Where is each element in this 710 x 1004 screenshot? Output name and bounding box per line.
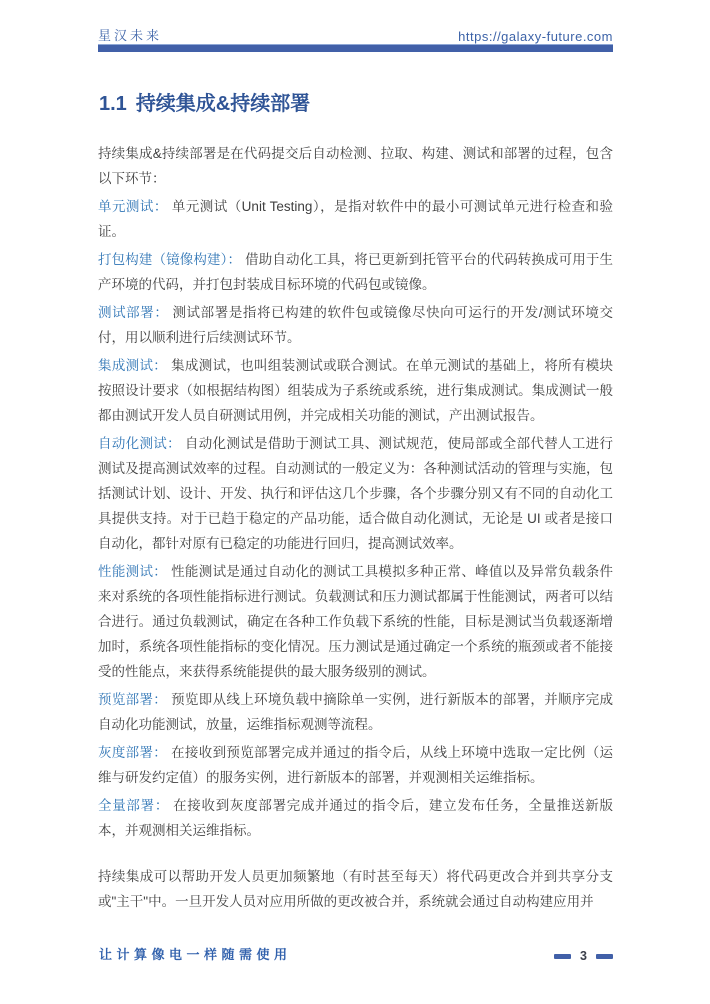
paragraph-term: 测试部署： (98, 305, 172, 320)
footer-slogan: 让计算像电一样随需使用 (99, 944, 292, 963)
paragraph-term: 预览部署： (98, 692, 171, 707)
paragraph-term: 集成测试： (98, 358, 171, 373)
paragraph-test-deploy: 测试部署：测试部署是指将已构建的软件包或镜像尽快向可运行的开发/测试环境交付，用… (98, 300, 613, 350)
paragraph-text: 单元测试（Unit Testing），是指对软件中的最小可测试单元进行检查和验证… (98, 199, 613, 239)
section-number: 1.1 (99, 93, 127, 115)
paragraph-automated-testing: 自动化测试：自动化测试是借助于测试工具、测试规范，使局部或全部代替人工进行测试及… (98, 431, 613, 556)
page-number: 3 (580, 950, 587, 963)
page-number-dash-right-icon (596, 954, 613, 959)
paragraph-term: 全量部署： (98, 798, 173, 813)
paragraph-text: 持续集成&持续部署是在代码提交后自动检测、拉取、构建、测试和部署的过程，包含以下… (98, 146, 613, 186)
paragraph-integration-testing: 集成测试：集成测试，也叫组装测试或联合测试。在单元测试的基础上，将所有模块按照设… (98, 353, 613, 428)
paragraph-text: 集成测试，也叫组装测试或联合测试。在单元测试的基础上，将所有模块按照设计要求（如… (98, 358, 613, 423)
section-title: 持续集成&持续部署 (136, 93, 310, 115)
paragraph-text: 预览即从线上环境负载中摘除单一实例，进行新版本的部署，并顺序完成自动化功能测试，… (98, 692, 613, 732)
paragraph-text: 自动化测试是借助于测试工具、测试规范，使局部或全部代替人工进行测试及提高测试效率… (98, 436, 613, 551)
header-accent-bar (98, 44, 613, 52)
paragraph-term: 打包构建（镜像构建）： (98, 252, 245, 267)
paragraph-intro: 持续集成&持续部署是在代码提交后自动检测、拉取、构建、测试和部署的过程，包含以下… (98, 141, 613, 191)
paragraph-ci-summary: 持续集成可以帮助开发人员更加频繁地（有时甚至每天）将代码更改合并到共享分支或"主… (98, 864, 613, 914)
paragraph-performance-testing: 性能测试：性能测试是通过自动化的测试工具模拟多种正常、峰值以及异常负载条件来对系… (98, 559, 613, 684)
page-number-dash-left-icon (554, 954, 571, 959)
paragraph-text: 在接收到灰度部署完成并通过的指令后，建立发布任务，全量推送新版本，并观测相关运维… (98, 798, 613, 838)
paragraph-text: 性能测试是通过自动化的测试工具模拟多种正常、峰值以及异常负载条件来对系统的各项性… (98, 564, 613, 679)
paragraph-text: 持续集成可以帮助开发人员更加频繁地（有时甚至每天）将代码更改合并到共享分支或"主… (98, 869, 613, 909)
footer-page-number: 3 (554, 950, 613, 963)
brand-name: 星汉未来 (98, 25, 162, 44)
paragraph-text: 在接收到预览部署完成并通过的指令后，从线上环境中选取一定比例（运维与研发约定值）… (98, 745, 613, 785)
paragraph-gray-deploy: 灰度部署：在接收到预览部署完成并通过的指令后，从线上环境中选取一定比例（运维与研… (98, 740, 613, 790)
paragraph-full-deploy: 全量部署：在接收到灰度部署完成并通过的指令后，建立发布任务，全量推送新版本，并观… (98, 793, 613, 843)
paragraph-term: 性能测试： (98, 564, 171, 579)
paragraph-term: 单元测试： (98, 199, 172, 214)
paragraph-build-packaging: 打包构建（镜像构建）：借助自动化工具，将已更新到托管平台的代码转换成可用于生产环… (98, 247, 613, 297)
paragraph-text: 测试部署是指将已构建的软件包或镜像尽快向可运行的开发/测试环境交付，用以顺利进行… (98, 305, 613, 345)
paragraph-term: 自动化测试： (98, 436, 185, 451)
document-page: 星汉未来 https://galaxy-future.com 1.1持续集成&持… (0, 0, 710, 1004)
paragraph-term: 灰度部署： (98, 745, 171, 760)
header-url-link[interactable]: https://galaxy-future.com (458, 29, 613, 44)
paragraph-unit-testing: 单元测试：单元测试（Unit Testing），是指对软件中的最小可测试单元进行… (98, 194, 613, 244)
page-header: 星汉未来 https://galaxy-future.com (98, 25, 613, 44)
body-content: 持续集成&持续部署是在代码提交后自动检测、拉取、构建、测试和部署的过程，包含以下… (98, 141, 613, 917)
section-heading: 1.1持续集成&持续部署 (99, 87, 310, 116)
paragraph-preview-deploy: 预览部署：预览即从线上环境负载中摘除单一实例，进行新版本的部署，并顺序完成自动化… (98, 687, 613, 737)
